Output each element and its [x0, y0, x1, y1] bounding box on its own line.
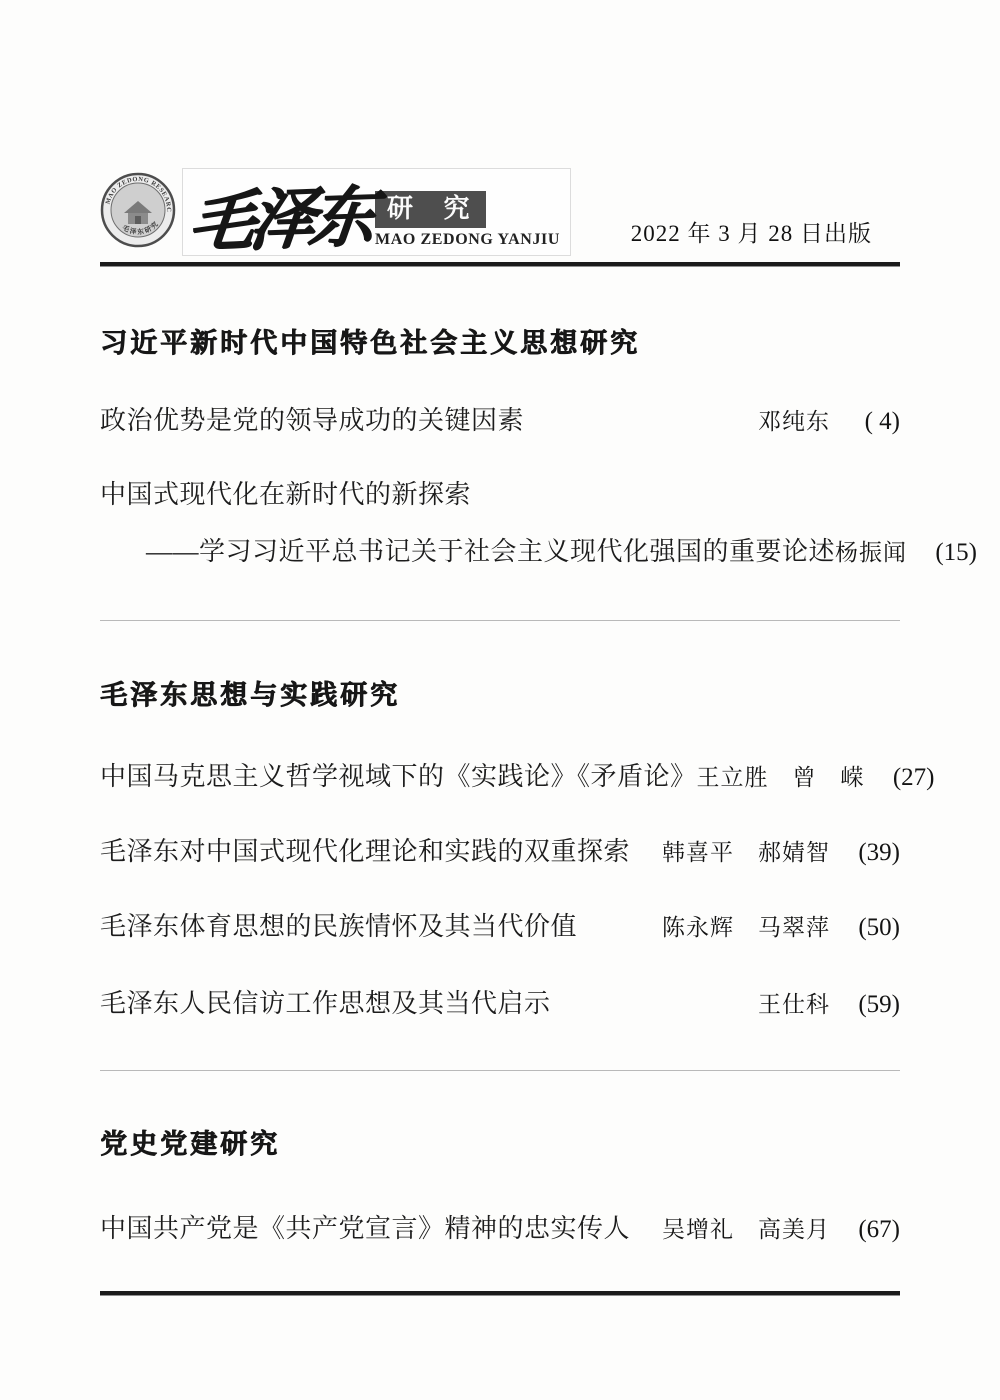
toc-entry: 毛泽东体育思想的民族情怀及其当代价值 陈永辉 马翠萍 (50) — [100, 906, 900, 943]
article-page-number: (59) — [844, 991, 900, 1019]
article-authors: 王立胜 曾 嵘 — [697, 759, 865, 792]
entry-right: 杨振闻 (15) — [835, 534, 977, 567]
entry-right: 吴增礼 高美月 (67) — [662, 1211, 900, 1244]
journal-contents-page: MAO ZEDONG RESEARCH 毛泽东研究 毛泽东 研 究 MAO ZE… — [0, 0, 1000, 1400]
article-page-number: (27) — [879, 764, 935, 792]
seal-emblem-icon: MAO ZEDONG RESEARCH 毛泽东研究 — [100, 172, 176, 248]
toc-entry: 中国式现代化在新时代的新探索 — [100, 474, 900, 511]
toc-entry: 政治优势是党的领导成功的关键因素 邓纯东 ( 4) — [100, 400, 900, 437]
masthead-romanized: MAO ZEDONG YANJIU — [375, 231, 560, 249]
toc-entry: 毛泽东人民信访工作思想及其当代启示 王仕科 (59) — [100, 983, 900, 1020]
article-title: 中国式现代化在新时代的新探索 — [100, 474, 471, 511]
article-subtitle: ——学习习近平总书记关于社会主义现代化强国的重要论述 — [100, 531, 835, 568]
entry-right: 邓纯东 ( 4) — [758, 403, 900, 436]
article-page-number: (50) — [844, 914, 900, 942]
article-title: 中国马克思主义哲学视域下的《实践论》《矛盾论》 — [100, 756, 697, 793]
article-authors: 杨振闻 — [835, 534, 907, 567]
section-heading: 毛泽东思想与实践研究 — [100, 673, 900, 712]
toc-entry-subtitle: ——学习习近平总书记关于社会主义现代化强国的重要论述 杨振闻 (15) — [100, 531, 900, 568]
article-authors: 吴增礼 高美月 — [662, 1211, 830, 1244]
masthead-title-box: 研 究 — [375, 191, 486, 228]
entry-right: 陈永辉 马翠萍 (50) — [662, 909, 900, 942]
table-of-contents: 习近平新时代中国特色社会主义思想研究 政治优势是党的领导成功的关键因素 邓纯东 … — [100, 321, 900, 1245]
toc-entry: 中国马克思主义哲学视域下的《实践论》《矛盾论》 王立胜 曾 嵘 (27) — [100, 756, 900, 793]
article-title: 政治优势是党的领导成功的关键因素 — [100, 400, 524, 437]
masthead-calligraphy: 毛泽东 — [185, 185, 372, 254]
masthead-subtitle-block: 研 究 MAO ZEDONG YANJIU — [375, 191, 560, 251]
footer-rule — [100, 1291, 900, 1296]
article-authors: 陈永辉 马翠萍 — [662, 909, 830, 942]
toc-entry: 中国共产党是《共产党宣言》精神的忠实传人 吴增礼 高美月 (67) — [100, 1208, 900, 1245]
article-title: 中国共产党是《共产党宣言》精神的忠实传人 — [100, 1208, 630, 1245]
article-authors: 邓纯东 — [758, 403, 830, 436]
toc-entry: 毛泽东对中国式现代化理论和实践的双重探索 韩喜平 郝婧智 (39) — [100, 831, 900, 868]
article-page-number: (39) — [844, 839, 900, 867]
entry-right: 王立胜 曾 嵘 (27) — [697, 759, 935, 792]
article-title: 毛泽东人民信访工作思想及其当代启示 — [100, 983, 551, 1020]
masthead-logotype: 毛泽东 研 究 MAO ZEDONG YANJIU — [182, 168, 571, 256]
entry-right: 王仕科 (59) — [758, 986, 900, 1019]
article-authors: 韩喜平 郝婧智 — [662, 834, 830, 867]
article-title: 毛泽东体育思想的民族情怀及其当代价值 — [100, 906, 577, 943]
journal-seal: MAO ZEDONG RESEARCH 毛泽东研究 — [100, 172, 176, 253]
section-heading: 习近平新时代中国特色社会主义思想研究 — [100, 321, 900, 360]
section-heading: 党史党建研究 — [100, 1122, 900, 1161]
article-page-number: ( 4) — [844, 408, 900, 436]
section-divider — [100, 620, 900, 621]
masthead: MAO ZEDONG RESEARCH 毛泽东研究 毛泽东 研 究 MAO ZE… — [100, 168, 900, 258]
article-title: 毛泽东对中国式现代化理论和实践的双重探索 — [100, 831, 630, 868]
entry-right: 韩喜平 郝婧智 (39) — [662, 834, 900, 867]
article-page-number: (15) — [921, 539, 977, 567]
header-rule — [100, 262, 900, 267]
publish-date: 2022 年 3 月 28 日出版 — [631, 215, 872, 258]
article-page-number: (67) — [844, 1216, 900, 1244]
section-divider — [100, 1070, 900, 1071]
article-authors: 王仕科 — [758, 986, 830, 1019]
